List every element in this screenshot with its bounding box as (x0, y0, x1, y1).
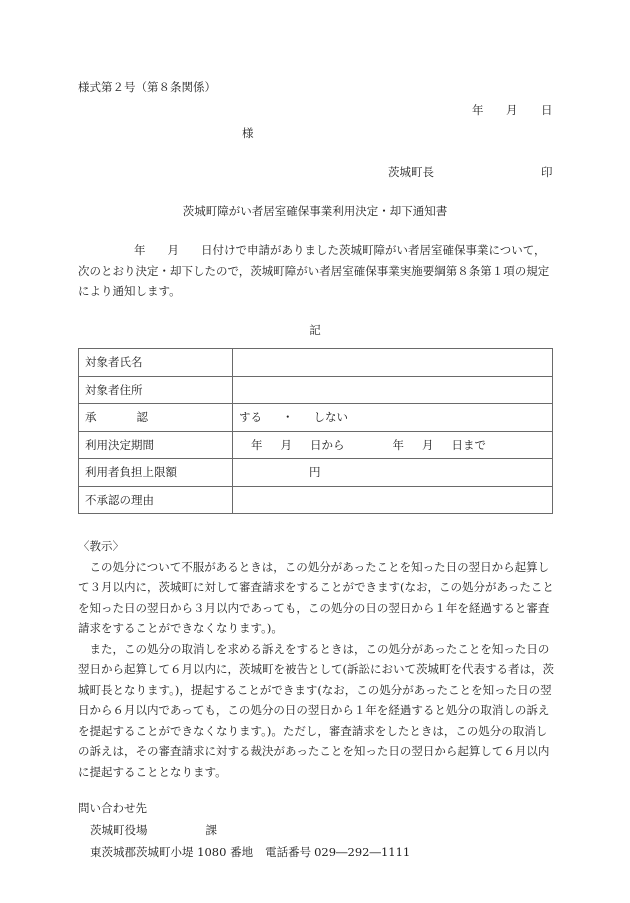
document-title: 茨城町障がい者居室確保事業利用決定・却下通知書 (0, 203, 630, 219)
table-row: 対象者住所 (79, 376, 553, 404)
approve-option[interactable]: する (239, 410, 262, 424)
notice-paragraph: この処分について不服があるときは，この処分があったことを知った日の翌日から起算し… (78, 557, 558, 639)
label-part-b: 認 (137, 410, 149, 424)
contact-heading: 問い合わせ先 (78, 797, 410, 819)
table-row: 利用決定期間 年月日から年月日まで (79, 431, 553, 459)
form-number: 様式第２号（第８条関係） (78, 79, 216, 95)
from-year: 年 (251, 438, 263, 452)
notice-heading: 〈教示〉 (78, 536, 558, 557)
addressee-suffix: 様 (242, 125, 254, 141)
yen-unit: 円 (309, 465, 321, 479)
phone-number: 029―292―1111 (314, 845, 410, 859)
from-month: 月 (281, 438, 293, 452)
section-suffix: 課 (206, 823, 218, 837)
body-text: 日付けで申請がありました茨城町障がい者居室確保事業について，次のとおり決定・却下… (78, 243, 549, 298)
row-label: 対象者住所 (79, 376, 233, 404)
table-row: 承認 する・しない (79, 404, 553, 432)
rejection-reason-field[interactable] (233, 486, 553, 514)
table-row: 不承認の理由 (79, 486, 553, 514)
contact-office-line: 茨城町役場課 (78, 819, 410, 841)
seal-mark: 印 (541, 164, 553, 180)
option-separator: ・ (282, 410, 294, 424)
to-day: 日まで (452, 438, 487, 452)
row-label: 不承認の理由 (79, 486, 233, 514)
issuer: 茨城町長 (388, 164, 434, 180)
cost-limit-field[interactable]: 円 (233, 459, 553, 487)
address: 東茨城郡茨城町小堤 1080 番地 (90, 845, 253, 859)
decision-table: 対象者氏名 対象者住所 承認 する・しない 利用決定期間 年月日から年月日まで … (78, 348, 553, 514)
phone-label: 電話番号 (265, 845, 311, 859)
from-day: 日から (310, 438, 345, 452)
row-label: 対象者氏名 (79, 349, 233, 377)
office-name: 茨城町役場 (90, 823, 148, 837)
row-label: 利用決定期間 (79, 431, 233, 459)
to-year: 年 (393, 438, 405, 452)
date-day: 日 (541, 102, 553, 118)
row-label: 承認 (79, 404, 233, 432)
contact-section: 問い合わせ先 茨城町役場課 東茨城郡茨城町小堤 1080 番地電話番号029―2… (78, 797, 410, 863)
row-label: 利用者負担上限額 (79, 459, 233, 487)
body-date-month: 月 (168, 243, 180, 257)
table-row: 対象者氏名 (79, 349, 553, 377)
subject-address-field[interactable] (233, 376, 553, 404)
deny-option[interactable]: しない (314, 410, 349, 424)
approval-field: する・しない (233, 404, 553, 432)
notice-paragraph: また，この処分の取消しを求める訴えをするときは，この処分があったことを知った日の… (78, 639, 558, 783)
period-field[interactable]: 年月日から年月日まで (233, 431, 553, 459)
notice-section: 〈教示〉 この処分について不服があるときは，この処分があったことを知った日の翌日… (78, 536, 558, 782)
date-month: 月 (506, 102, 518, 118)
label-part-a: 承 (85, 410, 97, 424)
to-month: 月 (422, 438, 434, 452)
body-paragraph: 年月日付けで申請がありました茨城町障がい者居室確保事業について，次のとおり決定・… (78, 240, 556, 302)
table-row: 利用者負担上限額 円 (79, 459, 553, 487)
contact-address-line: 東茨城郡茨城町小堤 1080 番地電話番号029―292―1111 (78, 841, 410, 863)
ki-heading: 記 (0, 322, 630, 338)
subject-name-field[interactable] (233, 349, 553, 377)
date-year: 年 (472, 102, 484, 118)
body-date-year: 年 (134, 243, 146, 257)
